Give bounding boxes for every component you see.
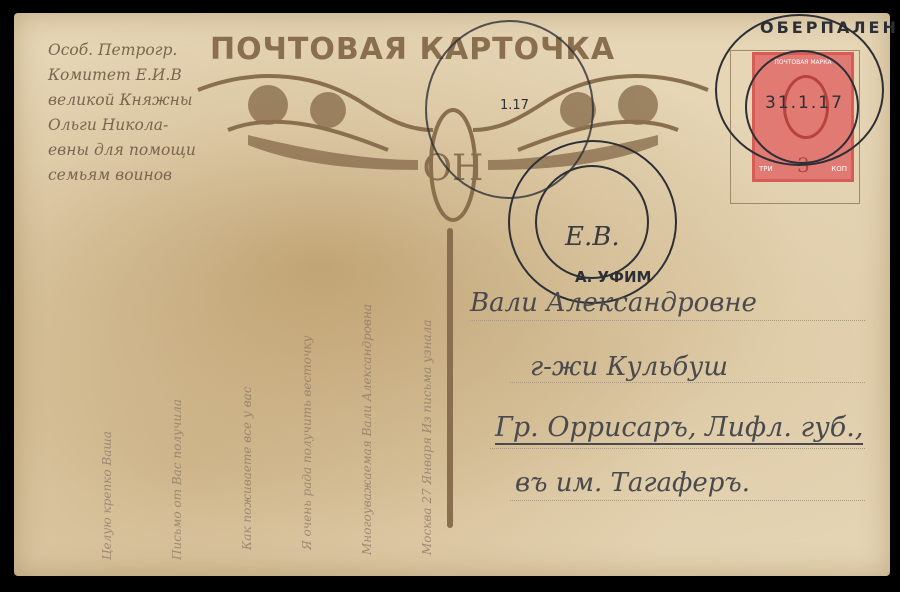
recipient-surname: г-жи Кульбуш [530, 352, 728, 382]
address-line [510, 382, 865, 383]
postmark-partial-date: 1.17 [500, 98, 529, 113]
recipient-town: Гр. Оррисаръ, Лифл. губ., [495, 412, 863, 445]
sender-block: Особ. Петрогр. Комитет Е.И.В великой Кня… [48, 38, 196, 188]
message-column: Многоуважаемая Вали Александровна [360, 225, 374, 555]
postmark-date: 31.1.17 [765, 93, 844, 113]
message-column: Письмо от Вас получила [170, 220, 184, 560]
message-column: Москва 27 Января Из письма узнала [420, 225, 434, 555]
message-column: Как поживаете все у вас [240, 180, 254, 550]
address-line [510, 500, 865, 501]
recipient-name: Вали Александровне [470, 288, 757, 318]
recipient-estate: въ им. Тагаферъ. [515, 468, 750, 498]
postmark-town: ОБЕРПАЛЕНЬ [760, 18, 900, 37]
address-divider [447, 228, 453, 528]
message-column: Я очень рада получить весточку [300, 180, 314, 550]
address-line [470, 320, 865, 321]
message-column: Целую крепко Ваша [100, 230, 114, 560]
postmark-initials: Е.В. [565, 222, 620, 252]
postmark-secondary-text: А. УФИМ [575, 268, 651, 286]
address-line [490, 448, 865, 449]
